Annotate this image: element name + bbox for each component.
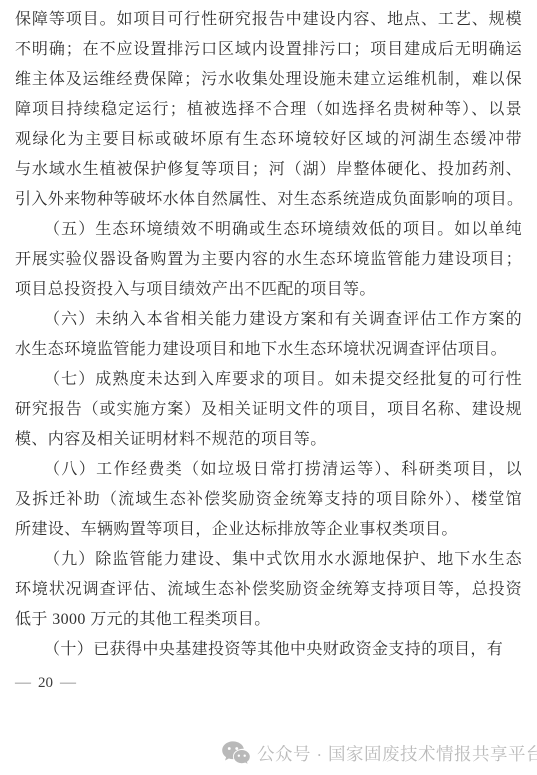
text-line: （七）成熟度未达到入库要求的项目。如未提交经批复的可行性 [15, 365, 522, 395]
text-line: 水生态环境监管能力建设项目和地下水生态环境状况调查评估项目。 [15, 335, 522, 365]
text-line: （十）已获得中央基建投资等其他中央财政资金支持的项目，有 [15, 635, 522, 665]
page-number-value: 20 [38, 675, 53, 691]
text-line: （六）未纳入本省相关能力建设方案和有关调查评估工作方案的 [15, 305, 522, 335]
text-line: 研究报告（或实施方案）及相关证明文件的项目，项目名称、建设规 [15, 395, 522, 425]
document-page: 保障等项目。如项目可行性研究报告中建设内容、地点、工艺、规模不明确；在不应设置排… [0, 0, 537, 775]
text-line: 开展实验仪器设备购置为主要内容的水生态环境监管能力建设项目； [15, 245, 522, 275]
text-line: 障项目持续稳定运行；植被选择不合理（如选择名贵树种等）、以景 [15, 95, 522, 125]
text-line: 所建设、车辆购置等项目，企业达标排放等企业事权类项目。 [15, 515, 522, 545]
page-number: —20— [15, 671, 76, 695]
text-line: （五）生态环境绩效不明确或生态环境绩效低的项目。如以单纯 [15, 215, 522, 245]
text-line: 不明确；在不应设置排污口区域内设置排污口；项目建成后无明确运 [15, 35, 522, 65]
text-line: 观绿化为主要目标或破坏原有生态环境较好区域的河湖生态缓冲带 [15, 125, 522, 155]
wechat-icon [221, 740, 251, 766]
page-number-dash-right: — [60, 674, 76, 691]
text-line: 引入外来物种等破坏水体自然属性、对生态系统造成负面影响的项目。 [15, 185, 522, 215]
text-line: 环境状况调查评估、流域生态补偿奖励资金统筹支持项目等，总投资 [15, 575, 522, 605]
watermark-label: 公众号 · 国家固废技术情报共享平台 [257, 741, 537, 766]
text-line: 保障等项目。如项目可行性研究报告中建设内容、地点、工艺、规模 [15, 5, 522, 35]
document-body: 保障等项目。如项目可行性研究报告中建设内容、地点、工艺、规模不明确；在不应设置排… [15, 5, 522, 665]
text-line: 低于 3000 万元的其他工程类项目。 [15, 605, 522, 635]
text-line: （八）工作经费类（如垃圾日常打捞清运等）、科研类项目，以 [15, 455, 522, 485]
text-line: 维主体及运维经费保障；污水收集处理设施未建立运维机制，难以保 [15, 65, 522, 95]
text-line: 与水域水生植被保护修复等项目；河（湖）岸整体硬化、投加药剂、 [15, 155, 522, 185]
page-number-dash-left: — [15, 674, 31, 691]
watermark: 公众号 · 国家固废技术情报共享平台 [221, 738, 537, 768]
text-line: 及拆迁补助（流域生态补偿奖励资金统筹支持的项目除外）、楼堂馆 [15, 485, 522, 515]
text-line: 项目总投资投入与项目绩效产出不匹配的项目等。 [15, 275, 522, 305]
text-line: 模、内容及相关证明材料不规范的项目等。 [15, 425, 522, 455]
text-line: （九）除监管能力建设、集中式饮用水水源地保护、地下水生态 [15, 545, 522, 575]
